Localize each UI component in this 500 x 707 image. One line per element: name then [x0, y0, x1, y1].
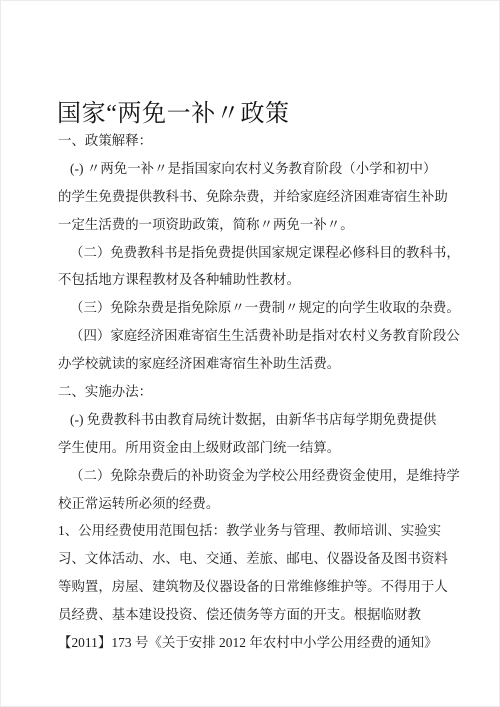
text-line: 一、政策解释： [58, 127, 462, 155]
text-line: 习、文体活动、水、电、交通、差旅、邮电、仪器设备及图书资料 [58, 545, 462, 573]
text-line: 二、实施办法： [58, 378, 462, 406]
document-title: 国家“两免一补〃政策 [57, 93, 290, 128]
text-line: 一定生活费的一项资助政策，简称〃两免一补〃。 [58, 211, 462, 239]
text-line: 不包括地方课程教材及各种辅助性教材。 [58, 266, 462, 294]
text-line: （三）免除杂费是指免除原〃一费制〃规定的向学生收取的杂费。 [58, 294, 462, 322]
text-line: （四）家庭经济困难寄宿生生活费补助是指对农村义务教育阶段公 [58, 322, 462, 350]
text-line: (-) 〃两免一补〃是指国家向农村义务教育阶段（小学和初中） [58, 155, 462, 183]
document-page: 国家“两免一补〃政策 一、政策解释：(-) 〃两免一补〃是指国家向农村义务教育阶… [0, 0, 500, 707]
text-line: （二）免除杂费后的补助资金为学校公用经费资金使用，是维持学 [58, 462, 462, 490]
document-body: 一、政策解释：(-) 〃两免一补〃是指国家向农村义务教育阶段（小学和初中）的学生… [58, 127, 462, 657]
text-line: 办学校就读的家庭经济困难寄宿生补助生活费。 [58, 350, 462, 378]
text-line: 1、公用经费使用范围包括：教学业务与管理、教师培训、实验实 [58, 517, 462, 545]
text-line: 学生使用。所用资金由上级财政部门统一结算。 [58, 434, 462, 462]
text-line: 的学生免费提供教科书、免除杂费，并给家庭经济困难寄宿生补助 [58, 183, 462, 211]
text-line: 等购置，房屋、建筑物及仪器设备的日常维修维护等。不得用于人 [58, 573, 462, 601]
text-line: 员经费、基本建设投资、偿还债务等方面的开支。根据临财教 [58, 601, 462, 629]
text-line: 校正常运转所必须的经费。 [58, 490, 462, 518]
text-line: （二）免费教科书是指免费提供国家规定课程必修科目的教科书， [58, 239, 462, 267]
text-line: (-) 免费教科书由教育局统计数据，由新华书店每学期免费提供 [58, 406, 462, 434]
text-line: 【2011】173 号《关于安排 2012 年农村中小学公用经费的通知》 [58, 629, 462, 657]
